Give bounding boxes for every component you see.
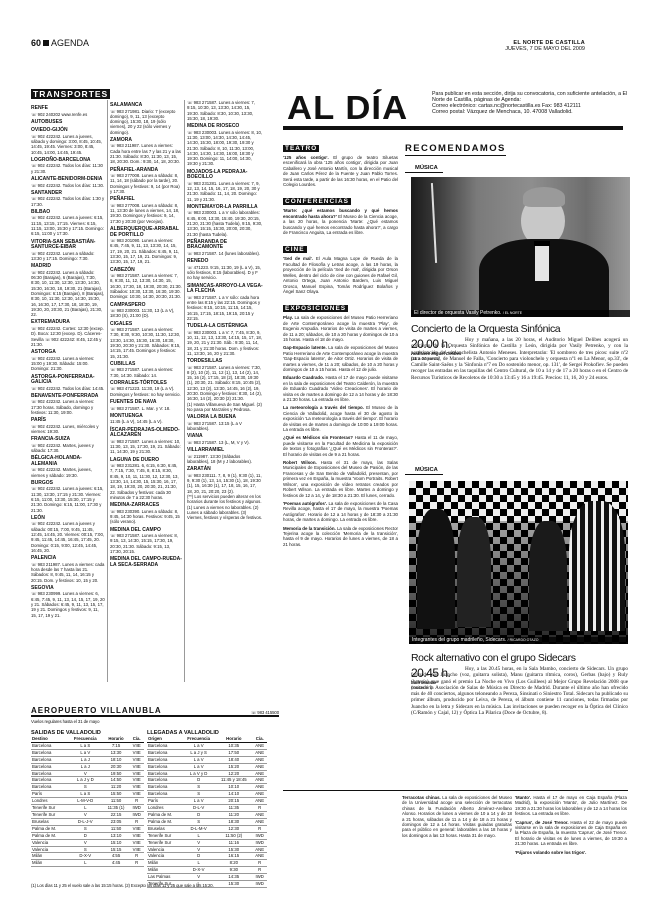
flight-cell: V <box>68 839 103 846</box>
page-folio: 60AGENDA <box>31 38 89 48</box>
flight-row: BarcelonaV19:50VIIE <box>31 770 144 777</box>
flight-cell: R <box>129 798 144 805</box>
flight-cell: 4:55 <box>103 853 130 860</box>
flight-cell: Barcelona <box>147 763 182 770</box>
listing-title: 'Manto'. <box>515 795 533 800</box>
flight-cell: L a S <box>68 742 103 749</box>
event-description: Hoy, a las 20.45 horas, en la Sala Mambo… <box>411 666 628 716</box>
listing-title: Memoria de la transición. <box>283 526 337 531</box>
flight-cell: Milán <box>147 867 182 874</box>
flight-cell: R <box>129 818 144 825</box>
flight-cell: 12:20 <box>215 770 252 777</box>
flight-cell: Valencia <box>31 839 68 846</box>
flight-row: Palma de M.S11:50VIIE <box>31 825 144 832</box>
flight-cell: IWD <box>129 811 144 818</box>
route-name: ASTORGA-PONFERRADA-GALICIA <box>31 375 105 386</box>
listing-text: El grupo de teatro Siluetas escenificará… <box>283 155 398 187</box>
flight-cell: 8:20 <box>215 860 252 867</box>
flight-cell: Bruselas <box>31 818 68 825</box>
route-schedule: ☏ 983 277008. Lunes a sábado: 8, 11, 14,… <box>110 173 182 194</box>
route-schedule: ☏ 902 422242. Lunes a sábado: 13:30 y 17… <box>31 251 105 262</box>
flight-cell: 18:30 <box>215 818 252 825</box>
flight-row: Palma de M.S18:30ANE <box>147 818 267 825</box>
flight-cell: 11:16 <box>215 839 252 846</box>
flight-cell: 15:10 <box>103 839 130 846</box>
listing-item: 'Caprus', de José Trenor. Hasta el 22 de… <box>515 820 627 847</box>
flight-cell: Tenerife Sur <box>31 811 68 818</box>
route-schedule: ☏ 902 422242. Todos los días: 1:30 y 17:… <box>31 196 105 207</box>
route-schedule: ☏ 983 277008. Lunes a sábado: 8, 11, 13:… <box>110 203 182 224</box>
flight-row: ParísL a S15:50VIIE <box>31 791 144 798</box>
flight-cell: ANE <box>252 853 267 860</box>
listing-item: La meteorología a través del tiempo. El … <box>283 405 398 432</box>
route-schedule: ☏ 983 271587. Lunes a viernes: 7:30, 14:… <box>110 367 182 378</box>
flight-cell: 15:15 <box>103 846 130 853</box>
route-name: ALICANTE-BENIDORM-DENIA <box>31 177 105 183</box>
flight-cell: VIIE <box>129 756 144 763</box>
flight-cell: ANE <box>252 818 267 825</box>
flight-cell: R <box>129 860 144 867</box>
recommendation-card: MÚSICA El director de orquesta Vasily Pe… <box>405 165 630 381</box>
flight-cell: ANE <box>252 763 267 770</box>
photo-member <box>457 517 491 627</box>
flight-cell: 11:50 <box>103 798 130 805</box>
flight-row: Las PalmasV14:35IWD <box>147 874 267 881</box>
transportes-heading: TRANSPORTES <box>31 89 110 99</box>
route-schedule: ☏ 983 231281. Lunes a viernes: 7, 9, 12,… <box>187 181 263 202</box>
flight-cell: 11:50 <box>103 825 130 832</box>
flight-cell: R <box>252 825 267 832</box>
flight-cell: Palma de M. <box>31 832 68 839</box>
flight-cell: D-L-J-V <box>68 818 103 825</box>
listing-item: 'Sed de mal'. El Aula Magna Lope de Rued… <box>283 256 398 294</box>
flight-cell: VIIE <box>129 763 144 770</box>
route-schedule: ☏ 983 271587. Lunes a viernes: 7:30, 8:3… <box>110 327 182 359</box>
flight-cell: Barcelona <box>31 770 68 777</box>
section-rule <box>283 790 628 791</box>
flight-cell: IWD <box>252 839 267 846</box>
flight-row: BarcelonaL a S7:15VIIE <box>31 742 144 749</box>
flight-cell: S <box>68 846 103 853</box>
flight-cell: Barcelona <box>147 777 182 784</box>
flight-cell: VIIE <box>129 832 144 839</box>
route-schedule: ☏ 983 201090. Lunes a viernes: 6:45, 7:4… <box>110 238 182 264</box>
flight-row: BarcelonaL a J y S17:50ANE <box>147 749 267 756</box>
route-schedule: (**) Los servicios pueden alterar en los… <box>187 494 263 520</box>
flight-cell: V <box>182 839 215 846</box>
route-schedule: ☏ 983 271587. 13 (L, M, V y V). <box>187 440 263 445</box>
flight-cell: L <box>182 832 215 839</box>
flight-cell: VIIE <box>129 791 144 798</box>
route-name: MEDINA DEL CAMPO-RUEDA-LA SECA-SERRADA <box>110 557 182 568</box>
route-schedule: ☏ 983 211987. Lunes a viernes: Cada hora… <box>110 143 182 164</box>
listing-title: Play. <box>283 315 294 320</box>
flight-cell: Barcelona <box>147 791 182 798</box>
flight-cell: D <box>182 811 215 818</box>
info-line: Para publicar en esta sección, dirija su… <box>432 91 632 103</box>
listing-item: Terracotas chinas. La sala de exposicion… <box>402 795 512 838</box>
al-dia-info: Para publicar en esta sección, dirija su… <box>432 91 632 115</box>
listing-item: 'Marte: ¿qué estamos buscando y qué hemo… <box>283 208 398 235</box>
flight-cell: L a J y S <box>182 749 215 756</box>
flight-cell: Barcelona <box>147 770 182 777</box>
flight-row: BarcelonaL a J y D14:50VIIE <box>31 777 144 784</box>
flight-row: Palma de M.D13:10VIIE <box>31 832 144 839</box>
airport-phone: ☏ 983 415500 <box>251 710 279 715</box>
route-schedule: (1) Hasta Villanueva de San Miguel. (2) … <box>187 402 263 413</box>
route-schedule: ☏ 902 422242. Martes, jueves, viernes y … <box>31 467 105 478</box>
listing-item: Robert Wilson. Hasta el 31 de mayo, las … <box>283 460 398 498</box>
flight-cell: L a V <box>68 749 103 756</box>
listing-item: 'Pájaros volando sobre los trigos'. <box>515 850 627 855</box>
flight-cell: 18:40 <box>215 756 252 763</box>
route-name: BÉLGICA-HOLANDA-ALEMANIA <box>31 456 105 467</box>
route-schedule: ☏ 902 422242. Lunes a sábado: 06:30 (Bar… <box>31 270 105 318</box>
photo-hair <box>523 187 565 207</box>
flight-row: LondresD-L-V11:35R <box>147 805 267 812</box>
category-label: CINE <box>283 246 307 253</box>
route-schedule: ☏ 902 422242. Lunes a jueves, sábado y d… <box>31 134 105 155</box>
flight-row: BarcelonaL a J20:30VIIE <box>31 763 144 770</box>
flight-cell: D-L-V <box>182 805 215 812</box>
listing-item: ¿Qué es Médicos sin Fronteras? Hasta el … <box>283 435 398 457</box>
flight-row: BruselasD-L-J-V23:05R <box>31 818 144 825</box>
flight-cell: L a V <box>182 763 215 770</box>
flight-cell: 9:30 <box>215 867 252 874</box>
recommendation-card: MÚSICA Integrantes del grupo madrileño, … <box>405 467 630 716</box>
listing-title: Eduardo Cuadrado. <box>283 375 325 380</box>
flight-cell: Palma de M. <box>147 811 182 818</box>
flight-row: MilánD-X-V4:55R <box>31 853 144 860</box>
flight-cell: 14:10 <box>215 791 252 798</box>
flight-cell: 11:20 <box>103 784 130 791</box>
flight-cell: L-M-V-D <box>68 798 103 805</box>
flight-cell: L <box>68 805 103 812</box>
route-schedule: ☏ 983 271587. Lunes a viernes: 7:30, 8 (… <box>187 365 263 402</box>
arrivals-table: LLEGADAS A VALLADOLID OrigenFrecuenciaHo… <box>147 730 267 888</box>
flight-cell: 10:35 <box>215 742 252 749</box>
listing-item: Eduardo Cuadrado. Hasta el 17 de mayo pu… <box>283 375 398 402</box>
flight-cell: IWD <box>252 832 267 839</box>
route-schedule: ☏ 902 422242. Todos los días: 11:30 y 21… <box>31 163 105 174</box>
event-headline: Rock alternativo con el grupo Sidecars <box>411 652 630 664</box>
flight-row: Tenerife SurL11:50 (2)IWD <box>147 832 267 839</box>
route-schedule: ☏ 902 422242. Lunes a viernes: 17:30 hor… <box>31 399 105 415</box>
column-divider <box>107 100 108 682</box>
column-divider <box>184 100 185 682</box>
transport-column-1: RENFE☏ 902 240202 www.renfe.esAUTOBUSESO… <box>31 103 105 618</box>
listing-title: Terracotas chinas. <box>402 795 442 800</box>
route-schedule: ☏ 983 231281. 6, 6:15, 6:30, 6:45, 7, 7:… <box>110 463 182 500</box>
flight-cell: ANE <box>252 784 267 791</box>
flight-cell: París <box>147 798 182 805</box>
flight-cell: L a J <box>68 763 103 770</box>
flight-cell: L a J <box>68 756 103 763</box>
route-schedule: ☏ 983 271587. Lunes a viernes: 7, 9:15, … <box>187 100 263 121</box>
flight-row: BarcelonaL a V18:40ANE <box>147 756 267 763</box>
page-number: 60 <box>31 38 41 48</box>
flight-cell: IWD <box>252 874 267 881</box>
flight-cell: L a V <box>182 798 215 805</box>
flight-cell: 22:15 <box>103 811 130 818</box>
route-schedule: ☏ 983 271587. L a V sólo: cada hora entr… <box>187 295 263 321</box>
flight-cell: ANE <box>252 846 267 853</box>
flight-row: BarcelonaL a V y D12:20ANE <box>147 770 267 777</box>
flight-cell: D <box>182 853 215 860</box>
flight-cell: Tenerife Sur <box>147 839 182 846</box>
photo-member <box>569 501 625 631</box>
listing-text: La sala de exposiciones del Museo de la … <box>402 795 512 838</box>
flight-row: BarcelonaD11:45 y 18:45ANE <box>147 777 267 784</box>
route-schedule: ☏ 902 422242. Martes, jueves y sábado: 1… <box>31 443 105 454</box>
flight-cell: ANE <box>252 777 267 784</box>
flight-cell: Valencia <box>147 853 182 860</box>
flight-cell: ANE <box>252 798 267 805</box>
route-schedule: ☏ 902 422242. Lunes a jueves: 6:15, 11:3… <box>31 486 105 512</box>
airport-footnote: (1) Los días 11 y 25 el vuelo sale a las… <box>31 883 281 888</box>
flight-cell: ANE <box>252 742 267 749</box>
flight-cell: Londres <box>147 805 182 812</box>
route-schedule: ☏ 983 230003. 11:30, 13 (L a V), 18:30 (… <box>110 308 182 319</box>
listing-title: La meteorología a través del tiempo. <box>283 405 366 410</box>
flight-cell: 10:10 <box>215 784 252 791</box>
transport-column-2: SALAMANCA☏ 983 271981. Diario: 7 (except… <box>110 100 182 568</box>
flight-cell: S <box>68 784 103 791</box>
listing-text: El Aula Magna Lope de Rueda de la Facult… <box>283 256 398 293</box>
listing-title: '125 años contigo'. <box>283 155 333 160</box>
flight-cell: Valencia <box>31 846 68 853</box>
flight-cell: 11:45 y 18:45 <box>215 777 252 784</box>
flight-row: MilánL4:45R <box>31 860 144 867</box>
agenda-continued-b: 'Manto'. Hasta el 17 de mayo en Caja Esp… <box>515 795 627 858</box>
flight-cell: Barcelona <box>31 784 68 791</box>
route-name: ÍSCAR-PEDRAJAS-OLMEDO-ALCAZARÉN <box>110 428 182 439</box>
flight-cell: S <box>182 784 215 791</box>
photo-caption: El director de orquesta Vasily Petrenko.… <box>411 310 630 317</box>
listing-item: 'Poemas autógrafos'. La sala de exposici… <box>283 501 398 523</box>
route-schedule: ☏ 902 422242. Lunes, miércoles y viernes… <box>31 424 105 435</box>
category-label: TEATRO <box>283 145 319 152</box>
flight-cell: L a S <box>68 791 103 798</box>
route-schedule: ☏ 983 230003. Lunes a viernes: 8, 10, 11… <box>187 130 263 167</box>
listing-item: 'Manto'. Hasta el 17 de mayo en Caja Esp… <box>515 795 627 817</box>
route-schedule: ☏ 211987. 13:30 (Sábados laborables), 18… <box>187 454 263 465</box>
event-headline: Concierto de la Orquesta Sinfónica <box>411 323 630 335</box>
flight-cell: 13:10 <box>103 832 130 839</box>
departures-table: SALIDAS DE VALLADOLID DestinoFrecuenciaH… <box>31 730 144 867</box>
flight-row: MilánD-X-V9:30R <box>147 867 267 874</box>
flight-cell: Barcelona <box>31 763 68 770</box>
route-schedule: ☏ 902 422242. Todos los días: 11:30. <box>31 183 105 188</box>
route-schedule: ☏ 983 230003. L a V: 7, 7:45, 8:30, 9, 1… <box>187 330 263 356</box>
route-name: AUTOBUSES <box>31 120 105 126</box>
flight-cell: Barcelona <box>147 756 182 763</box>
flight-row: BarcelonaL a V15:20ANE <box>147 763 267 770</box>
flight-cell: VIIE <box>129 784 144 791</box>
flight-row: BarcelonaL a V10:35ANE <box>147 742 267 749</box>
listing-item: Play. La sala de exposiciones del Museo … <box>283 315 398 342</box>
flight-cell: ANE <box>252 791 267 798</box>
flight-cell: 18:10 <box>103 756 130 763</box>
photo-member <box>417 509 455 629</box>
airport-subtitle: Vuelos regulares hasta el 31 de mayo <box>31 719 279 724</box>
flight-cell: IWD <box>129 805 144 812</box>
masthead: EL NORTE DE CASTILLA JUEVES, 7 DE MAYO D… <box>505 40 585 52</box>
flight-cell: D <box>182 777 215 784</box>
route-schedule: ☏ 983 230999. Lunes a viernes: 6, 6:45, … <box>31 591 105 617</box>
flight-cell: 11:35 (1) <box>103 805 130 812</box>
square-bullet-icon <box>43 40 49 46</box>
flight-cell: VIIE <box>129 839 144 846</box>
flight-cell: Valencia <box>147 846 182 853</box>
flight-row: BarcelonaL a J18:10VIIE <box>31 756 144 763</box>
route-schedule: ☏ 471223. 9:15, 11:30, 19 (L a V), 15, s… <box>187 265 263 281</box>
flight-cell: ANE <box>252 770 267 777</box>
route-schedule: ☏ 983 271587. 13:15 (L a V laborables). <box>187 421 263 432</box>
flight-row: Tenerife SurV11:16IWD <box>147 839 267 846</box>
photo-caption: Integrantes del grupo madrileño, Sidecar… <box>409 637 628 644</box>
flight-row: Palma de M.D11:20ANE <box>147 811 267 818</box>
agenda-listings: TEATRO'125 años contigo'. El grupo de te… <box>283 137 398 550</box>
flight-cell: D-X-V <box>182 867 215 874</box>
flight-cell: D-L-M-V <box>182 825 215 832</box>
listing-text: Hasta el 31 de mayo, las Salas Municipal… <box>283 460 398 497</box>
flight-cell: Palma de M. <box>147 818 182 825</box>
flight-row: MilánL8:20R <box>147 860 267 867</box>
category-label: CONFERENCIAS <box>283 198 351 205</box>
listing-item: Gap-Espacio latente. La sala de exposici… <box>283 345 398 372</box>
route-schedule: ☏ 983 211987. Lunes a viernes: cada hora… <box>31 562 105 583</box>
flight-cell: Palma de M. <box>31 825 68 832</box>
listing-title: 'Caprus', de José Trenor. <box>515 820 570 825</box>
flight-cell: R <box>252 860 267 867</box>
flight-row: ValenciaV15:10VIIE <box>31 839 144 846</box>
category-label: EXPOSICIONES <box>283 305 348 312</box>
flight-cell: Barcelona <box>31 749 68 756</box>
flight-cell: Barcelona <box>147 749 182 756</box>
category-label: MÚSICA <box>405 467 443 475</box>
route-schedule: ☏ 983 271587. L. Mar. y V: 18. <box>110 406 182 411</box>
listing-title: ¿Qué es Médicos sin Fronteras? <box>283 435 355 440</box>
flight-cell: 12:30 <box>215 825 252 832</box>
event-description: Hoy y mañana, a las 20 horas, el Auditor… <box>411 337 628 381</box>
section-name: AGENDA <box>51 38 89 48</box>
flight-cell: Barcelona <box>31 777 68 784</box>
flight-cell: L <box>182 860 215 867</box>
photo-member <box>529 521 567 631</box>
flight-cell: 11:20 <box>215 811 252 818</box>
flight-cell: VIIE <box>129 825 144 832</box>
flight-cell: L a V <box>182 756 215 763</box>
flight-row: BruselasD-L-M-V12:30R <box>147 825 267 832</box>
route-schedule: ☏ 983 271587. Lunes a viernes: 8, 9:15, … <box>110 533 182 554</box>
flight-cell: Barcelona <box>31 756 68 763</box>
flight-cell: Tenerife Sur <box>31 805 68 812</box>
listing-item: Memoria de la transición. La sala de exp… <box>283 526 398 548</box>
agenda-continued-a: Terracotas chinas. La sala de exposicion… <box>402 795 512 841</box>
flight-row: BarcelonaS11:20VIIE <box>31 784 144 791</box>
flight-cell: VIIE <box>129 749 144 756</box>
route-schedule: ☏ 902 240202 www.renfe.es <box>31 112 105 117</box>
flight-cell: S <box>182 791 215 798</box>
route-schedule: ☏ 902 422242. Todos los días: 14:45. <box>31 386 105 391</box>
category-label: MÚSICA <box>405 165 443 173</box>
flight-cell: Milán <box>147 860 182 867</box>
flight-cell: D <box>68 832 103 839</box>
flight-cell: 16:15 <box>215 853 252 860</box>
route-schedule: ☏ 983 271587. Lunes a viernes: 7, 8, 9:3… <box>110 273 182 299</box>
flight-cell: 11:50 (2) <box>215 832 252 839</box>
flight-cell: ANE <box>252 756 267 763</box>
route-name: SIMANCAS-ARROYO-LA VEGA-LA FLECHA <box>187 284 263 295</box>
listing-title: 'Poemas autógrafos'. <box>283 501 328 506</box>
flight-cell: R <box>252 805 267 812</box>
flight-cell: 19:50 <box>103 770 130 777</box>
route-name: ALBERQUERQUE-ARRABAL DE PORTILLO <box>110 227 182 238</box>
listing-text: La sala de exposiciones del Museo Patio … <box>283 315 398 342</box>
flight-cell: Las Palmas <box>147 874 182 881</box>
flight-cell: S <box>182 818 215 825</box>
band-photo: Integrantes del grupo madrileño, Sidecar… <box>409 481 628 644</box>
flight-cell: 15:30 <box>215 846 252 853</box>
route-schedule: ☏ 902 422242. Lunes a viernes: 15:00 y 1… <box>31 356 105 372</box>
route-schedule: ☏ 983 271981. Diario: 7 (excepto domingo… <box>110 109 182 135</box>
flight-cell: R <box>129 853 144 860</box>
flight-row: ValenciaV15:30ANE <box>147 846 267 853</box>
photo-shirt <box>535 241 549 281</box>
flight-cell: 4:45 <box>103 860 130 867</box>
flight-cell: 20:30 <box>103 763 130 770</box>
listing-title: 'Sed de mal'. <box>283 256 316 261</box>
listing-title: Robert Wilson. <box>283 460 321 465</box>
section-rule <box>283 126 623 130</box>
flight-cell: 14:35 <box>215 874 252 881</box>
flight-cell: L a V <box>182 742 215 749</box>
flight-row: ValenciaS15:15VIIE <box>31 846 144 853</box>
recomendamos-title: RECOMENDAMOS <box>405 143 506 156</box>
flight-cell: L <box>68 860 103 867</box>
flight-row: BarcelonaL a V13:30VIIE <box>31 749 144 756</box>
al-dia-title: AL DÍA <box>287 93 408 123</box>
flight-cell: ANE <box>252 749 267 756</box>
flight-cell: R <box>252 867 267 874</box>
route-schedule: 11:45 (L a V), 14:45 (L a V). <box>110 419 182 424</box>
flight-cell: Milán <box>31 860 68 867</box>
flight-cell: Barcelona <box>147 784 182 791</box>
flight-cell: D-X-V <box>68 853 103 860</box>
route-schedule: ☏ 902 422242. Lunes a jueves y sábado: 0… <box>31 521 105 553</box>
airport-title: AEROPUERTO VILLANUBLA <box>31 706 162 715</box>
flight-row: BarcelonaS10:10ANE <box>147 784 267 791</box>
flight-cell: 15:20 <box>215 763 252 770</box>
flight-cell: Bruselas <box>147 825 182 832</box>
route-schedule: ☏ 902 422242. Lunes a jueves: 6:15, 11:1… <box>31 215 105 236</box>
flight-cell: L a V y D <box>182 770 215 777</box>
flight-cell: 7:15 <box>103 742 130 749</box>
photo-bowtie <box>534 241 550 246</box>
flight-cell: V <box>182 874 215 881</box>
listing-title: Gap-Espacio latente. <box>283 345 328 350</box>
route-schedule: ☏ 983 230111. 7, 8, 9 (1), 9:30 (1), 11,… <box>187 473 263 494</box>
route-name: PEÑARANDA DE BRACAMONTE <box>187 240 263 251</box>
photo-baton <box>431 183 437 263</box>
route-schedule: ☏ 902 422242. Cortes: 12:30 (excep. D). … <box>31 326 105 347</box>
issue-date: JUEVES, 7 DE MAYO DEL 2009 <box>505 46 585 52</box>
route-schedule: ☏ 983 230390. Lunes a sábado: 8, 9:45, 1… <box>110 509 182 525</box>
flight-cell: L a J y D <box>68 777 103 784</box>
flight-cell: 11:35 <box>215 805 252 812</box>
flight-cell: Milán <box>31 853 68 860</box>
